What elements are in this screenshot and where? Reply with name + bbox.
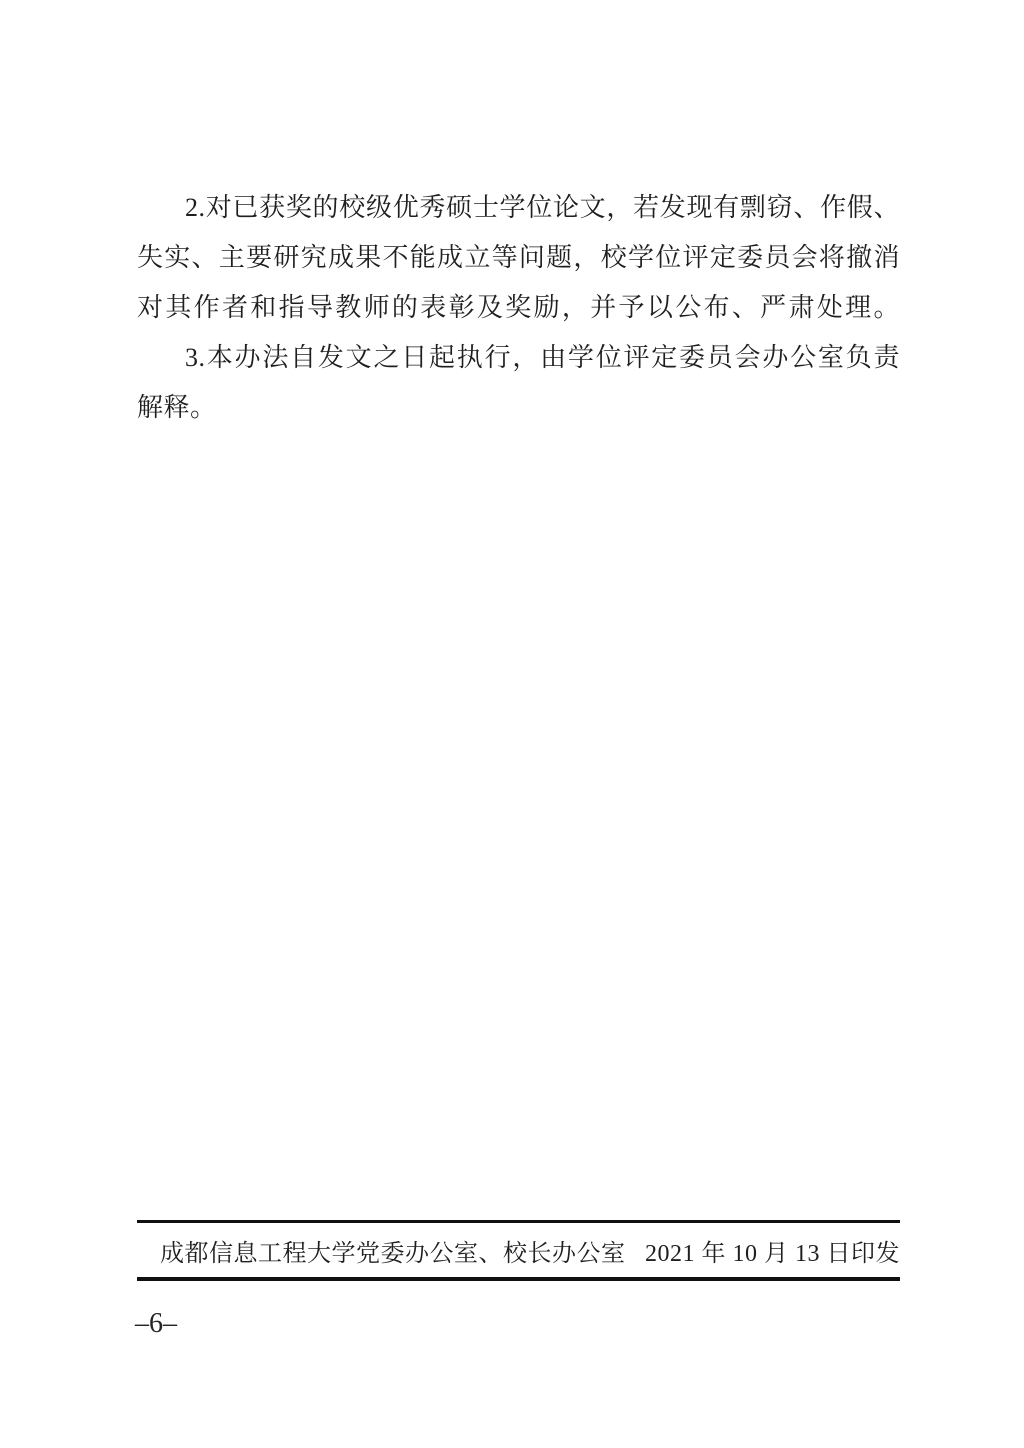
- document-body: 2.对已获奖的校级优秀硕士学位论文，若发现有剽窃、作假、 失实、主要研究成果不能…: [137, 183, 900, 433]
- page-number: –6–: [135, 1308, 177, 1340]
- paragraph-1-line-1: 2.对已获奖的校级优秀硕士学位论文，若发现有剽窃、作假、: [137, 183, 900, 233]
- colophon-box: 成都信息工程大学党委办公室、校长办公室 2021 年 10 月 13 日印发: [137, 1220, 900, 1281]
- paragraph-2-line-2: 解释。: [137, 383, 900, 433]
- issuing-offices-label: 成都信息工程大学党委办公室、校长办公室: [160, 1233, 626, 1268]
- paragraph-1-line-2: 失实、主要研究成果不能成立等问题，校学位评定委员会将撤消: [137, 233, 900, 283]
- print-date-label: 2021 年 10 月 13 日印发: [645, 1233, 900, 1268]
- paragraph-2-line-1: 3.本办法自发文之日起执行，由学位评定委员会办公室负责: [137, 333, 900, 383]
- document-page: 2.对已获奖的校级优秀硕士学位论文，若发现有剽窃、作假、 失实、主要研究成果不能…: [0, 0, 1024, 1448]
- paragraph-1-line-3: 对其作者和指导教师的表彰及奖励，并予以公布、严肃处理。: [137, 283, 900, 333]
